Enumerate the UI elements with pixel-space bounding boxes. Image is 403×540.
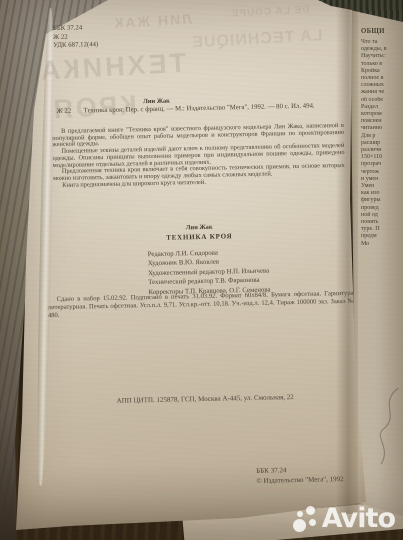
avito-logo-icon <box>293 505 319 533</box>
footer-copyright: © Издательство "Мега", 1992 <box>256 474 343 486</box>
imprint-block: Сдано в набор 15.02.92. Подписано в печа… <box>48 290 354 321</box>
showthrough-french-line2: DE LA COUPE <box>230 4 309 19</box>
footer-block: ББК 37.24 © Издательство "Мега", 1992 <box>256 464 344 486</box>
showthrough-title-line1: ТЕХНИКА <box>37 48 187 87</box>
title-block: Лин Жак ТЕХНИКА КРОЯ <box>59 221 339 244</box>
classification-block: ББК 37.24Ж 22УДК 687.12(44) <box>53 24 99 51</box>
avito-watermark: Avito <box>293 505 395 533</box>
book-imprint-page-photo: ОБЩИ Что таодежды, вНаучитьстолько вКрой… <box>0 0 403 540</box>
page-content: ЛИН ЖАК ТЕХНИКА КРОЯ LA TECHNIQUE DE LA … <box>0 0 403 540</box>
avito-watermark-label: Avito <box>322 505 395 533</box>
annotation-block: В предлагаемой книге "Техника кроя" изве… <box>52 123 345 189</box>
biblio-code: Ж 22 <box>57 107 84 115</box>
credits-block: Редактор Л.И. СидороваХудожник В.Ю. Яков… <box>148 248 271 298</box>
handwritten-pen-mark <box>368 384 403 469</box>
classification-line: УДК 687.12(44) <box>53 41 98 51</box>
publisher-address-line: АПП ЦИТП. 125878, ГСП, Москва А-445, ул.… <box>63 392 348 406</box>
showthrough-french-line1: LA TECHNIQUE <box>191 27 323 52</box>
showthrough-author: ЛИН ЖАК <box>112 11 192 31</box>
